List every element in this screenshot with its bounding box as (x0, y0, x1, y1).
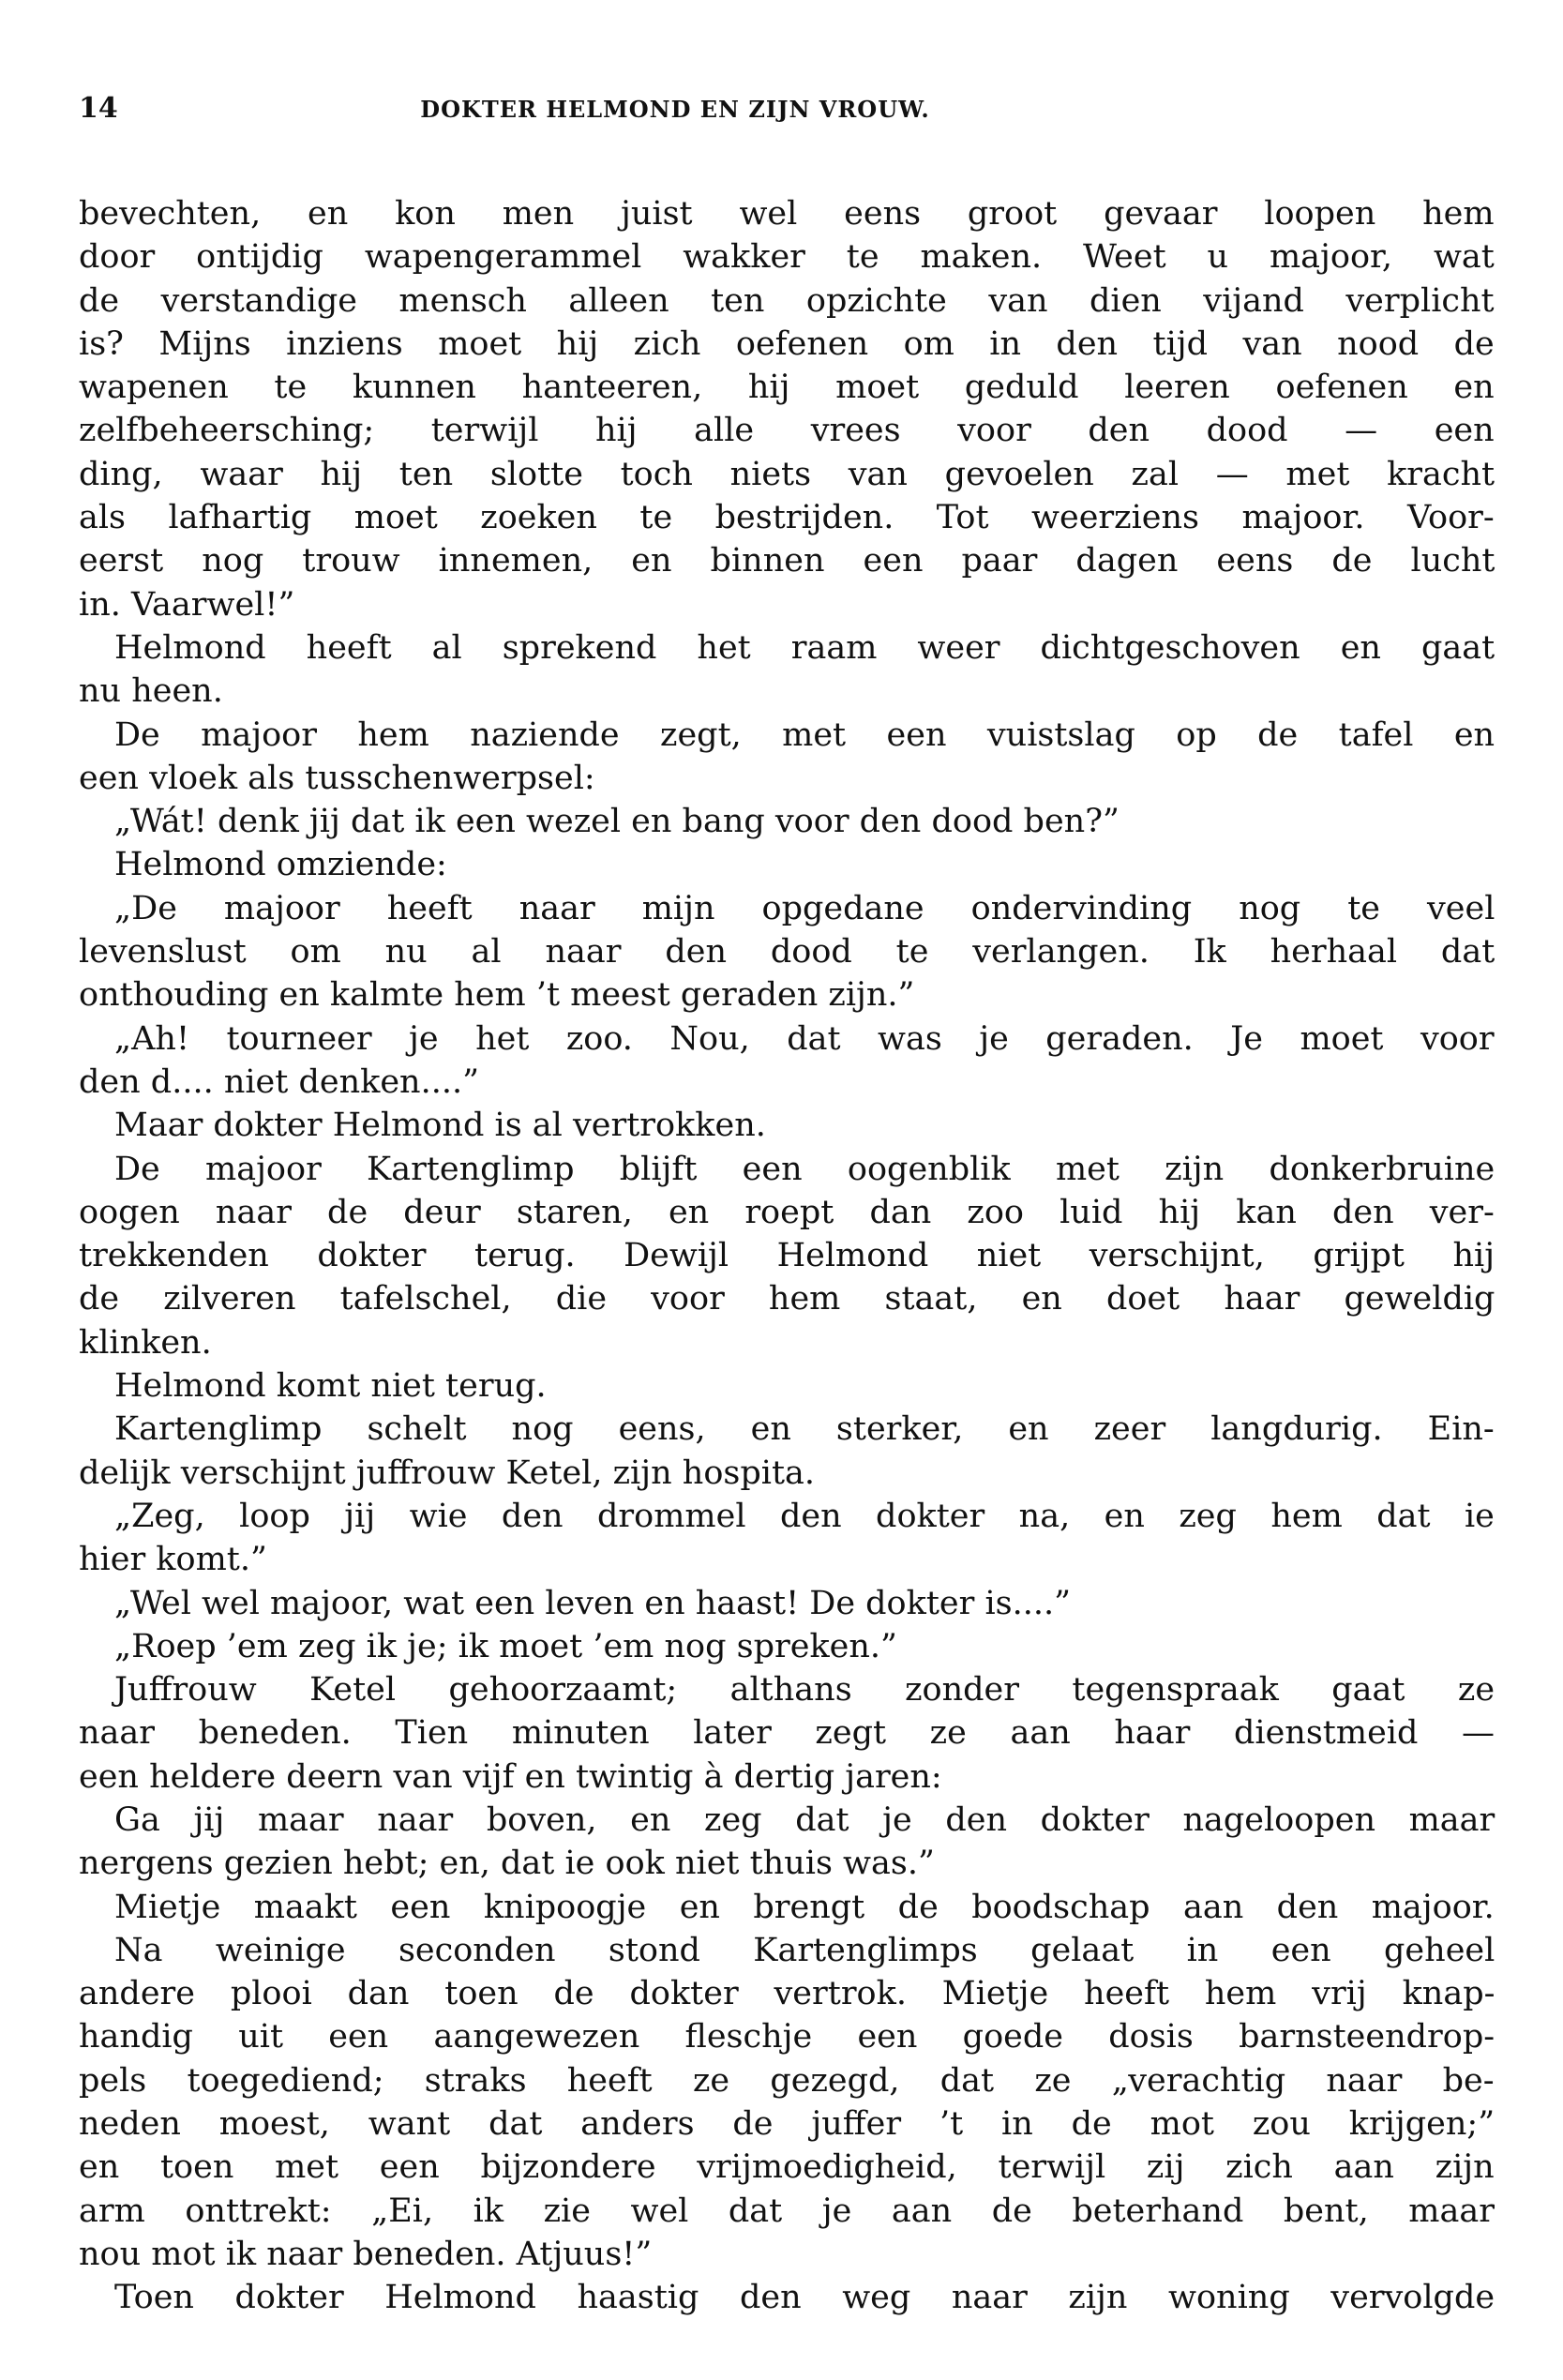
text-line: door ontijdig wapengerammel wakker te ma… (79, 235, 1495, 279)
text-line: handig uit een aangewezen fleschje een g… (79, 2015, 1495, 2058)
text-line: „De majoor heeft naar mijn opgedane onde… (79, 887, 1495, 930)
page-number: 14 (79, 92, 118, 125)
text-line: Helmond omziende: (79, 843, 1495, 886)
text-line: naar beneden. Tien minuten later zegt ze… (79, 1711, 1495, 1755)
text-line: „Roep ’em zeg ik je; ik moet ’em nog spr… (79, 1625, 1495, 1668)
text-line: Mietje maakt een knipoogje en brengt de … (79, 1886, 1495, 1929)
text-line: delijk verschijnt juffrouw Ketel, zijn h… (79, 1452, 1495, 1495)
text-line: De majoor Kartenglimp blijft een oogenbl… (79, 1148, 1495, 1191)
text-line: in. Vaarwel!” (79, 583, 1495, 626)
text-line: klinken. (79, 1321, 1495, 1364)
text-line: „Ah! tourneer je het zoo. Nou, dat was j… (79, 1017, 1495, 1061)
text-line: zelfbeheersching; terwijl hij alle vrees… (79, 409, 1495, 452)
text-line: arm onttrekt: „Ei, ik zie wel dat je aan… (79, 2190, 1495, 2233)
text-line: hier komt.” (79, 1538, 1495, 1581)
text-line: een vloek als tusschenwerpsel: (79, 757, 1495, 800)
text-line: „Wel wel majoor, wat een leven en haast!… (79, 1582, 1495, 1625)
text-line: oogen naar de deur staren, en roept dan … (79, 1191, 1495, 1234)
text-line: Juffrouw Ketel gehoorzaamt; althans zond… (79, 1668, 1495, 1711)
body-text: bevechten, en kon men juist wel eens gro… (79, 192, 1495, 2320)
text-line: is? Mijns inziens moet hij zich oefenen … (79, 323, 1495, 366)
text-line: Helmond komt niet terug. (79, 1364, 1495, 1408)
text-line: een heldere deern van vijf en twintig à … (79, 1755, 1495, 1799)
text-line: onthouding en kalmte hem ’t meest gerade… (79, 973, 1495, 1017)
text-line: Maar dokter Helmond is al vertrokken. (79, 1104, 1495, 1147)
text-line: nou mot ik naar beneden. Atjuus!” (79, 2233, 1495, 2276)
text-line: de verstandige mensch alleen ten opzicht… (79, 279, 1495, 323)
text-line: „Zeg, loop jij wie den drommel den dokte… (79, 1495, 1495, 1538)
text-line: nergens gezien hebt; en, dat ie ook niet… (79, 1842, 1495, 1885)
text-line: Ga jij maar naar boven, en zeg dat je de… (79, 1799, 1495, 1842)
text-line: Kartenglimp schelt nog eens, en sterker,… (79, 1408, 1495, 1451)
text-line: trekkenden dokter terug. Dewijl Helmond … (79, 1234, 1495, 1277)
text-line: pels toegediend; straks heeft ze gezegd,… (79, 2059, 1495, 2102)
text-line: Toen dokter Helmond haastig den weg naar… (79, 2276, 1495, 2319)
text-line: nu heen. (79, 670, 1495, 713)
text-line: bevechten, en kon men juist wel eens gro… (79, 192, 1495, 235)
running-title: DOKTER HELMOND EN ZIJN VROUW. (206, 96, 1144, 123)
text-line: andere plooi dan toen de dokter vertrok.… (79, 1972, 1495, 2015)
text-line: als lafhartig moet zoeken te bestrijden.… (79, 496, 1495, 539)
text-line: Helmond heeft al sprekend het raam weer … (79, 626, 1495, 670)
text-line: Na weinige seconden stond Kartenglimps g… (79, 1929, 1495, 1972)
text-line: De majoor hem naziende zegt, met een vui… (79, 714, 1495, 757)
text-line: de zilveren tafelschel, die voor hem sta… (79, 1277, 1495, 1320)
text-line: ding, waar hij ten slotte toch niets van… (79, 453, 1495, 496)
text-line: levenslust om nu al naar den dood te ver… (79, 930, 1495, 973)
text-line: den d.... niet denken....” (79, 1061, 1495, 1104)
text-line: eerst nog trouw innemen, en binnen een p… (79, 539, 1495, 582)
text-line: neden moest, want dat anders de juffer ’… (79, 2102, 1495, 2146)
text-line: wapenen te kunnen hanteeren, hij moet ge… (79, 366, 1495, 409)
page-header: 14 DOKTER HELMOND EN ZIJN VROUW. (0, 92, 1563, 139)
text-line: en toen met een bijzondere vrijmoedighei… (79, 2146, 1495, 2189)
text-line: „Wát! denk jij dat ik een wezel en bang … (79, 800, 1495, 843)
